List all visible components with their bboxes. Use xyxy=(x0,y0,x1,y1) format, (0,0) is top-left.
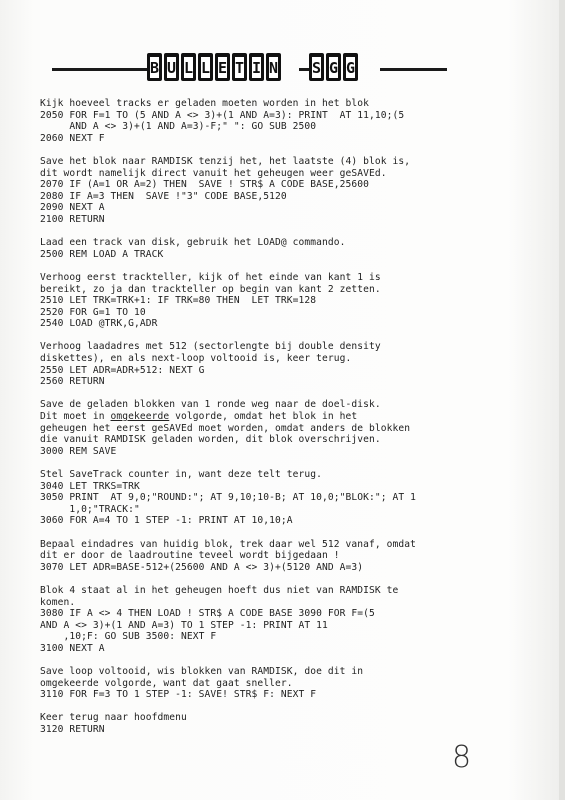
text-block: Bepaal eindadres van huidig blok, trek d… xyxy=(40,539,510,574)
prose-line: Bepaal eindadres van huidig blok, trek d… xyxy=(40,539,510,551)
logo-letter: U xyxy=(166,56,177,79)
prose-line: Save de geladen blokken van 1 ronde weg … xyxy=(40,399,510,411)
code-line: 3070 LET ADR=BASE-512+(25600 AND A <> 3)… xyxy=(40,562,510,574)
page-number: 8 xyxy=(452,740,471,775)
bulletin-header: BULLETIN SGG xyxy=(52,52,447,86)
logo-letter-tile: B xyxy=(147,53,162,81)
text-block: Stel SaveTrack counter in, want deze tel… xyxy=(40,469,510,527)
code-line: 2540 LOAD @TRK,G,ADR xyxy=(40,318,510,330)
code-line: 3060 FOR A=4 TO 1 STEP -1: PRINT AT 10,1… xyxy=(40,515,510,527)
text-block: Keer terug naar hoofdmenu3120 RETURN xyxy=(40,712,510,735)
code-line: 2050 FOR F=1 TO (5 AND A <> 3)+(1 AND A=… xyxy=(40,110,510,122)
prose-line: Verhoog eerst trackteller, kijk of het e… xyxy=(40,272,510,284)
prose-line: geheugen het eerst geSAVEd moet worden, … xyxy=(40,423,510,435)
text-block: Verhoog laadadres met 512 (sectorlengte … xyxy=(40,341,510,387)
prose-line: Verhoog laadadres met 512 (sectorlengte … xyxy=(40,341,510,353)
prose-line: bereikt, zo ja dan trackteller op begin … xyxy=(40,284,510,296)
text-block: Save de geladen blokken van 1 ronde weg … xyxy=(40,399,510,457)
logo-letter-tile: I xyxy=(249,53,264,81)
logo-letter: L xyxy=(183,56,194,79)
page-edge xyxy=(559,0,565,800)
header-rule-right xyxy=(380,68,447,71)
prose-line: dit er door de laadroutine teveel wordt … xyxy=(40,550,510,562)
prose-line: Blok 4 staat al in het geheugen hoeft du… xyxy=(40,585,510,597)
prose-line: Laad een track van disk, gebruik het LOA… xyxy=(40,237,510,249)
header-rule-left xyxy=(52,68,147,71)
text-block: Laad een track van disk, gebruik het LOA… xyxy=(40,237,510,260)
logo-letter: T xyxy=(234,56,245,79)
code-line: 2560 RETURN xyxy=(40,376,510,388)
code-line: 2090 NEXT A xyxy=(40,202,510,214)
code-line: 2550 LET ADR=ADR+512: NEXT G xyxy=(40,365,510,377)
code-line: 2500 REM LOAD A TRACK xyxy=(40,249,510,261)
text-block: Blok 4 staat al in het geheugen hoeft du… xyxy=(40,585,510,655)
logo-letter: G xyxy=(345,56,356,79)
prose-line: AND A <> 3)+(1 AND A=3) TO 1 STEP -1: PR… xyxy=(40,620,510,632)
code-line: 3110 FOR F=3 TO 1 STEP -1: SAVE! STR$ F:… xyxy=(40,689,510,701)
code-line: 3050 PRINT AT 9,0;"ROUND:"; AT 9,10;10-B… xyxy=(40,492,510,504)
code-line: AND A <> 3)+(1 AND A=3)-F;" ": GO SUB 25… xyxy=(40,121,510,133)
code-line: 2070 IF (A=1 OR A=2) THEN SAVE ! STR$ A … xyxy=(40,179,510,191)
text-block: Verhoog eerst trackteller, kijk of het e… xyxy=(40,272,510,330)
prose-line: Keer terug naar hoofdmenu xyxy=(40,712,510,724)
code-line: 1,0;"TRACK:" xyxy=(40,504,510,516)
prose-line: Save het blok naar RAMDISK tenzij het, h… xyxy=(40,156,510,168)
logo-letter-tile: N xyxy=(266,53,281,81)
logo-letter-tile: T xyxy=(232,53,247,81)
logo-letter: L xyxy=(200,56,211,79)
prose-line: Kijk hoeveel tracks er geladen moeten wo… xyxy=(40,98,510,110)
prose-line: Save loop voltooid, wis blokken van RAMD… xyxy=(40,666,510,678)
logo-letter: I xyxy=(251,56,262,79)
prose-line: die vanuit RAMDISK geladen worden, dit b… xyxy=(40,434,510,446)
logo-letter: B xyxy=(149,56,160,79)
prose-line: komen. xyxy=(40,597,510,609)
emphasis-underline: omgekeerde xyxy=(111,411,170,422)
code-line: 3040 LET TRKS=TRK xyxy=(40,481,510,493)
logo-letter: N xyxy=(268,56,279,79)
logo-letter-tile: G xyxy=(343,53,358,81)
code-line: 3000 REM SAVE xyxy=(40,446,510,458)
document-page: BULLETIN SGG Kijk hoeveel tracks er gela… xyxy=(0,0,565,800)
code-line: 2100 RETURN xyxy=(40,214,510,226)
header-rule-middle xyxy=(299,68,309,71)
logo-letter-tile: L xyxy=(198,53,213,81)
logo-letter-tile: L xyxy=(181,53,196,81)
code-line: 3080 IF A <> 4 THEN LOAD ! STR$ A CODE B… xyxy=(40,608,510,620)
prose-line: dit wordt namelijk direct vanuit het geh… xyxy=(40,168,510,180)
code-line: 2520 FOR G=1 TO 10 xyxy=(40,307,510,319)
logo-word-bulletin: BULLETIN xyxy=(147,53,281,81)
prose-line: Stel SaveTrack counter in, want deze tel… xyxy=(40,469,510,481)
logo-letter: E xyxy=(217,56,228,79)
logo-letter-tile: S xyxy=(309,53,324,81)
text-block: Save het blok naar RAMDISK tenzij het, h… xyxy=(40,156,510,226)
logo-letter: S xyxy=(311,56,322,79)
text-block: Kijk hoeveel tracks er geladen moeten wo… xyxy=(40,98,510,144)
prose-line: Dit moet in omgekeerde volgorde, omdat h… xyxy=(40,411,510,423)
code-line: 3100 NEXT A xyxy=(40,643,510,655)
code-line: 2060 NEXT F xyxy=(40,133,510,145)
code-line: ,10;F: GO SUB 3500: NEXT F xyxy=(40,631,510,643)
prose-line: omgekeerde volgorde, want dat gaat snell… xyxy=(40,678,510,690)
logo-letter: G xyxy=(328,56,339,79)
logo-letter-tile: E xyxy=(215,53,230,81)
prose-line: diskettes), en als next-loop voltooid is… xyxy=(40,353,510,365)
code-line: 3120 RETURN xyxy=(40,724,510,736)
logo-letter-tile: G xyxy=(326,53,341,81)
code-line: 2080 IF A=3 THEN SAVE !"3" CODE BASE,512… xyxy=(40,191,510,203)
code-line: 2510 LET TRK=TRK+1: IF TRK=80 THEN LET T… xyxy=(40,295,510,307)
logo-word-sgg: SGG xyxy=(309,53,358,81)
article-body: Kijk hoeveel tracks er geladen moeten wo… xyxy=(40,98,510,747)
text-block: Save loop voltooid, wis blokken van RAMD… xyxy=(40,666,510,701)
logo-letter-tile: U xyxy=(164,53,179,81)
